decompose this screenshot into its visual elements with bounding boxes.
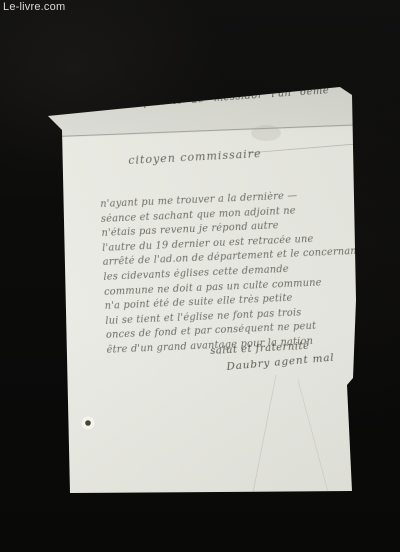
seller-watermark: Le-livre.com	[3, 1, 65, 13]
letter-body: n'ayant pu me trouver a la dernière —séa…	[100, 187, 359, 358]
paper-smudge	[251, 125, 281, 141]
ink-blot	[85, 420, 91, 426]
faint-crease-line	[248, 144, 356, 153]
diagonal-crease	[252, 375, 276, 498]
diagonal-crease	[298, 380, 328, 492]
photo-background: Le-livre.com arrivé p.at le 29 messidor …	[0, 0, 400, 552]
letter-paper: arrivé p.at le 29 messidor l'an 6ème cit…	[40, 80, 360, 500]
